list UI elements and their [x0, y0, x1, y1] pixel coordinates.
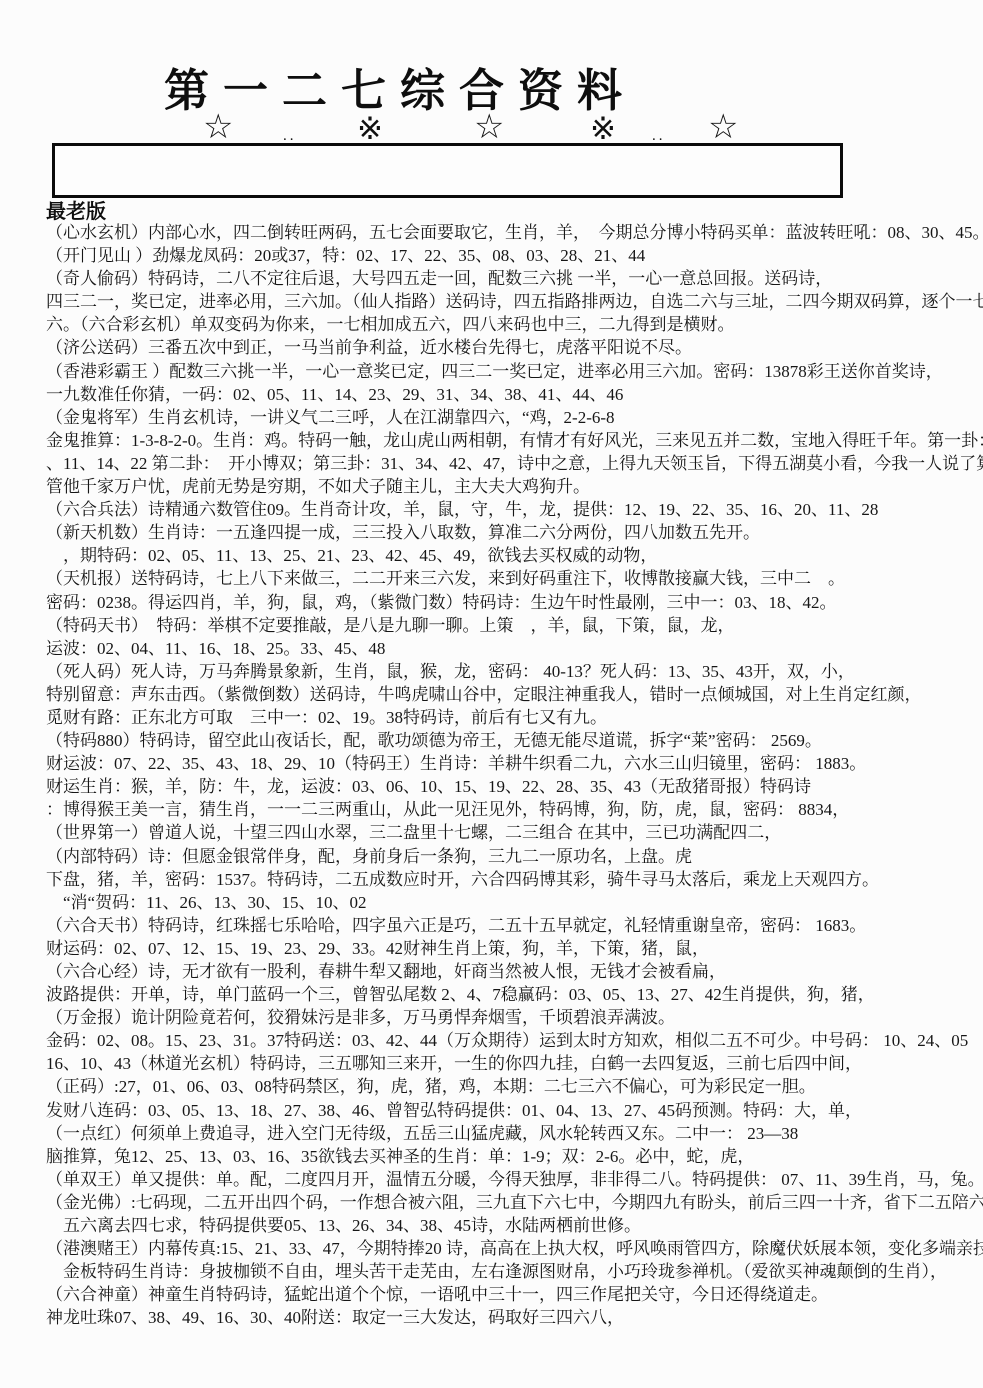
content-text: （心水玄机）内部心水，四二倒转旺两码，五七会面要取它，生肖，羊， 今期总分博小特…: [46, 221, 983, 1330]
text-line: （内部特码）诗：但愿金银常伴身，配，身前身后一条狗，三九二一原功名，上盘。虎: [46, 845, 983, 868]
text-line: ：博得猴王美一言，猜生肖，一一二三两重山，从此一见汪见外，特码博，狗，防，虎，鼠…: [46, 798, 983, 821]
text-line: 16、10、43（林道光玄机）特码诗，三五哪知三来开，一生的你四九挂，白鹤一去四…: [46, 1052, 983, 1075]
text-line: 密码：0238。得运四肖，羊，狗，鼠，鸡，（紫微门数）特码诗：生边午时性最刚，三…: [46, 591, 983, 614]
text-line: 财运波：07、22、35、43、18、29、10（特码王）生肖诗：羊耕牛织看二九…: [46, 752, 983, 775]
star-icon: ☆: [474, 110, 504, 146]
text-line: “消“贺码：11、26、13、30、15、10、02: [46, 891, 983, 914]
text-line: 五六离去四七求，特码提供要05、13、26、34、38、45诗，水陆两栖前世修。: [46, 1214, 983, 1237]
text-line: （特码880）特码诗，留空此山夜话长，配，歌功颂德为帝王，无德无能尽道谎，拆字“…: [46, 729, 983, 752]
text-line: （香港彩霸王 ）配数三六挑一半，一心一意奖已定，四三二一奖已定，进率必用三六加。…: [46, 360, 983, 383]
text-line: 财运生肖：猴，羊，防：牛，龙，运波：03、06、10、15、19、22、28、3…: [46, 775, 983, 798]
text-line: 发财八连码：03、05、13、18、27、38、46、曾智弘特码提供：01、04…: [46, 1099, 983, 1122]
text-line: （单双王）单又提供：单。配，二度四月开，温情五分暖，今得天独厚，非非得二八。特码…: [46, 1168, 983, 1191]
text-line: （一点红）何须单上费追寻，进入空门无待级，五岳三山猛虎藏，风水轮转西又东。二中一…: [46, 1122, 983, 1145]
star-icon: ☆: [708, 110, 738, 146]
text-line: （济公送码）三番五次中到正，一马当前争利益，近水楼台先得七，虎落平阳说不尽。: [46, 336, 983, 359]
text-line: 金板特码生肖诗：身披枷锁不自由，埋头苦干走芜由，左右逢源图财帛，小巧玲珑参禅机。…: [46, 1260, 983, 1283]
text-line: （特码天书） 特码：举棋不定要推敲，是八是九聊一聊。上策 ，羊，鼠，下策，鼠，龙…: [46, 614, 983, 637]
blank-box: [52, 143, 843, 198]
document-page: 第一二七综合资料 ☆ .. ※ ☆ ※ .. ☆ 最老版 （心水玄机）内部心水，…: [0, 0, 983, 1388]
star-icon: ☆: [203, 110, 233, 146]
text-line: （新天机数）生肖诗：一五逢四提一成，三三投入八取数，算准二六分两份，四八加数五先…: [46, 521, 983, 544]
text-line: （世界第一）曾道人说，十望三四山水翠，三二盘里十七螺，二三组合 在其中，三已功满…: [46, 821, 983, 844]
text-line: （六合神童）神童生肖特码诗，猛蛇出道个个惊，一语吼中三十一，四三作尾把关守，今日…: [46, 1283, 983, 1306]
text-line: 一九数准任你猜，一码：02、05、11、14、23、29、31、34、38、41…: [46, 383, 983, 406]
text-line: 运波：02、04、11、16、18、25。33、45、48: [46, 637, 983, 660]
text-line: （正码）:27，01、06、03、08特码禁区，狗，虎，猪，鸡，本期：二七三六不…: [46, 1075, 983, 1098]
text-line: （六合心经）诗，无才欲有一股利，春耕牛犁又翻地，奸商当然被人恨，无钱才会被看扁，: [46, 960, 983, 983]
text-line: 财运码：02、07、12、15、19、23、29、33。42财神生肖上策，狗，羊…: [46, 937, 983, 960]
text-line: （心水玄机）内部心水，四二倒转旺两码，五七会面要取它，生肖，羊， 今期总分博小特…: [46, 221, 983, 244]
text-line: （港澳赌王）内幕传真:15、21、33、47，今期特捧20 诗，高高在上执大权，…: [46, 1237, 983, 1260]
text-line: 金码：02、08。15、23、31。37特码送：03、42、44（万众期待）运到…: [46, 1029, 983, 1052]
text-line: ，期特码：02、05、11、13、25、21、23、42、45、49，欲钱去买权…: [46, 544, 983, 567]
text-line: （金光佛）:七码现，二五开出四个码，一作想合被六阻，三九直下六七中，今期四九有盼…: [46, 1191, 983, 1214]
text-line: 觅财有路：正东北方可取 三中一：02、19。38特码诗，前后有七又有九。: [46, 706, 983, 729]
text-line: 四三二一，奖已定，进率必用，三六加。（仙人指路）送码诗，四五指路排两边，自选二六…: [46, 290, 983, 313]
text-line: 脑推算，兔12、25、13、03、16、35欲钱去买神圣的生肖：单：1-9；双：…: [46, 1145, 983, 1168]
text-line: 波路提供：开单，诗，单门蓝码一个三，曾智弘尾数 2、4、7稳赢码：03、05、1…: [46, 983, 983, 1006]
text-line: 金鬼推算：1-3-8-2-0。生肖：鸡。特码一触，龙山虎山两相朝，有情才有好风光…: [46, 429, 983, 452]
text-line: 神龙吐珠07、38、49、16、30、40附送：取定一三大发达，码取好三四六八，: [46, 1306, 983, 1329]
text-line: （万金报）诡计阴险竟若何，狡猾妹污是非多，万马勇悍奔烟雪，千顷碧浪弄满波。: [46, 1006, 983, 1029]
text-line: （死人码）死人诗，万马奔腾景象新，生肖，鼠，猴，龙，密码： 40-13？死人码：…: [46, 660, 983, 683]
text-line: 下盘，猪，羊，密码：1537。特码诗，二五成数应时开，六合四码博其彩，骑牛寻马太…: [46, 868, 983, 891]
text-line: （六合天书）特码诗，红珠摇七乐哈哈，四字虽六正是巧，二五十五早就定，礼轻情重谢皇…: [46, 914, 983, 937]
text-line: 、11、14、22 第二卦： 开小博双；第三卦：31、34、42、47，诗中之意…: [46, 452, 983, 475]
text-line: （金鬼将军）生肖玄机诗，一讲义气二三呼，人在江湖靠四六，“鸡，2-2-6-8: [46, 406, 983, 429]
text-line: （天机报）送特码诗，七上八下来做三，二二开来三六发，来到好码重注下，收博散接赢大…: [46, 567, 983, 590]
text-line: 六。（六合彩玄机）单双变码为你来，一七相加成五六，四八来码也中三，二九得到是横财…: [46, 313, 983, 336]
text-line: 管他千家万户忧，虎前无势是穷期，不如犬子随主儿，主大夫大鸡狗升。: [46, 475, 983, 498]
text-line: （六合兵法）诗精通六数管住09。生肖奇计攻，羊，鼠，守，牛，龙，提供：12、19…: [46, 498, 983, 521]
text-line: （奇人偷码）特码诗，二八不定往后退，大号四五走一回，配数三六挑 一半，一心一意总…: [46, 267, 983, 290]
edition-label: 最老版: [46, 195, 106, 224]
text-line: 特别留意：声东击西。（紫微倒数）送码诗，牛鸣虎啸山谷中，定眼注神重我人，错时一点…: [46, 683, 983, 706]
text-line: （开门见山 ）劲爆龙凤码：20或37，特：02、17、22、35、08、03、2…: [46, 244, 983, 267]
